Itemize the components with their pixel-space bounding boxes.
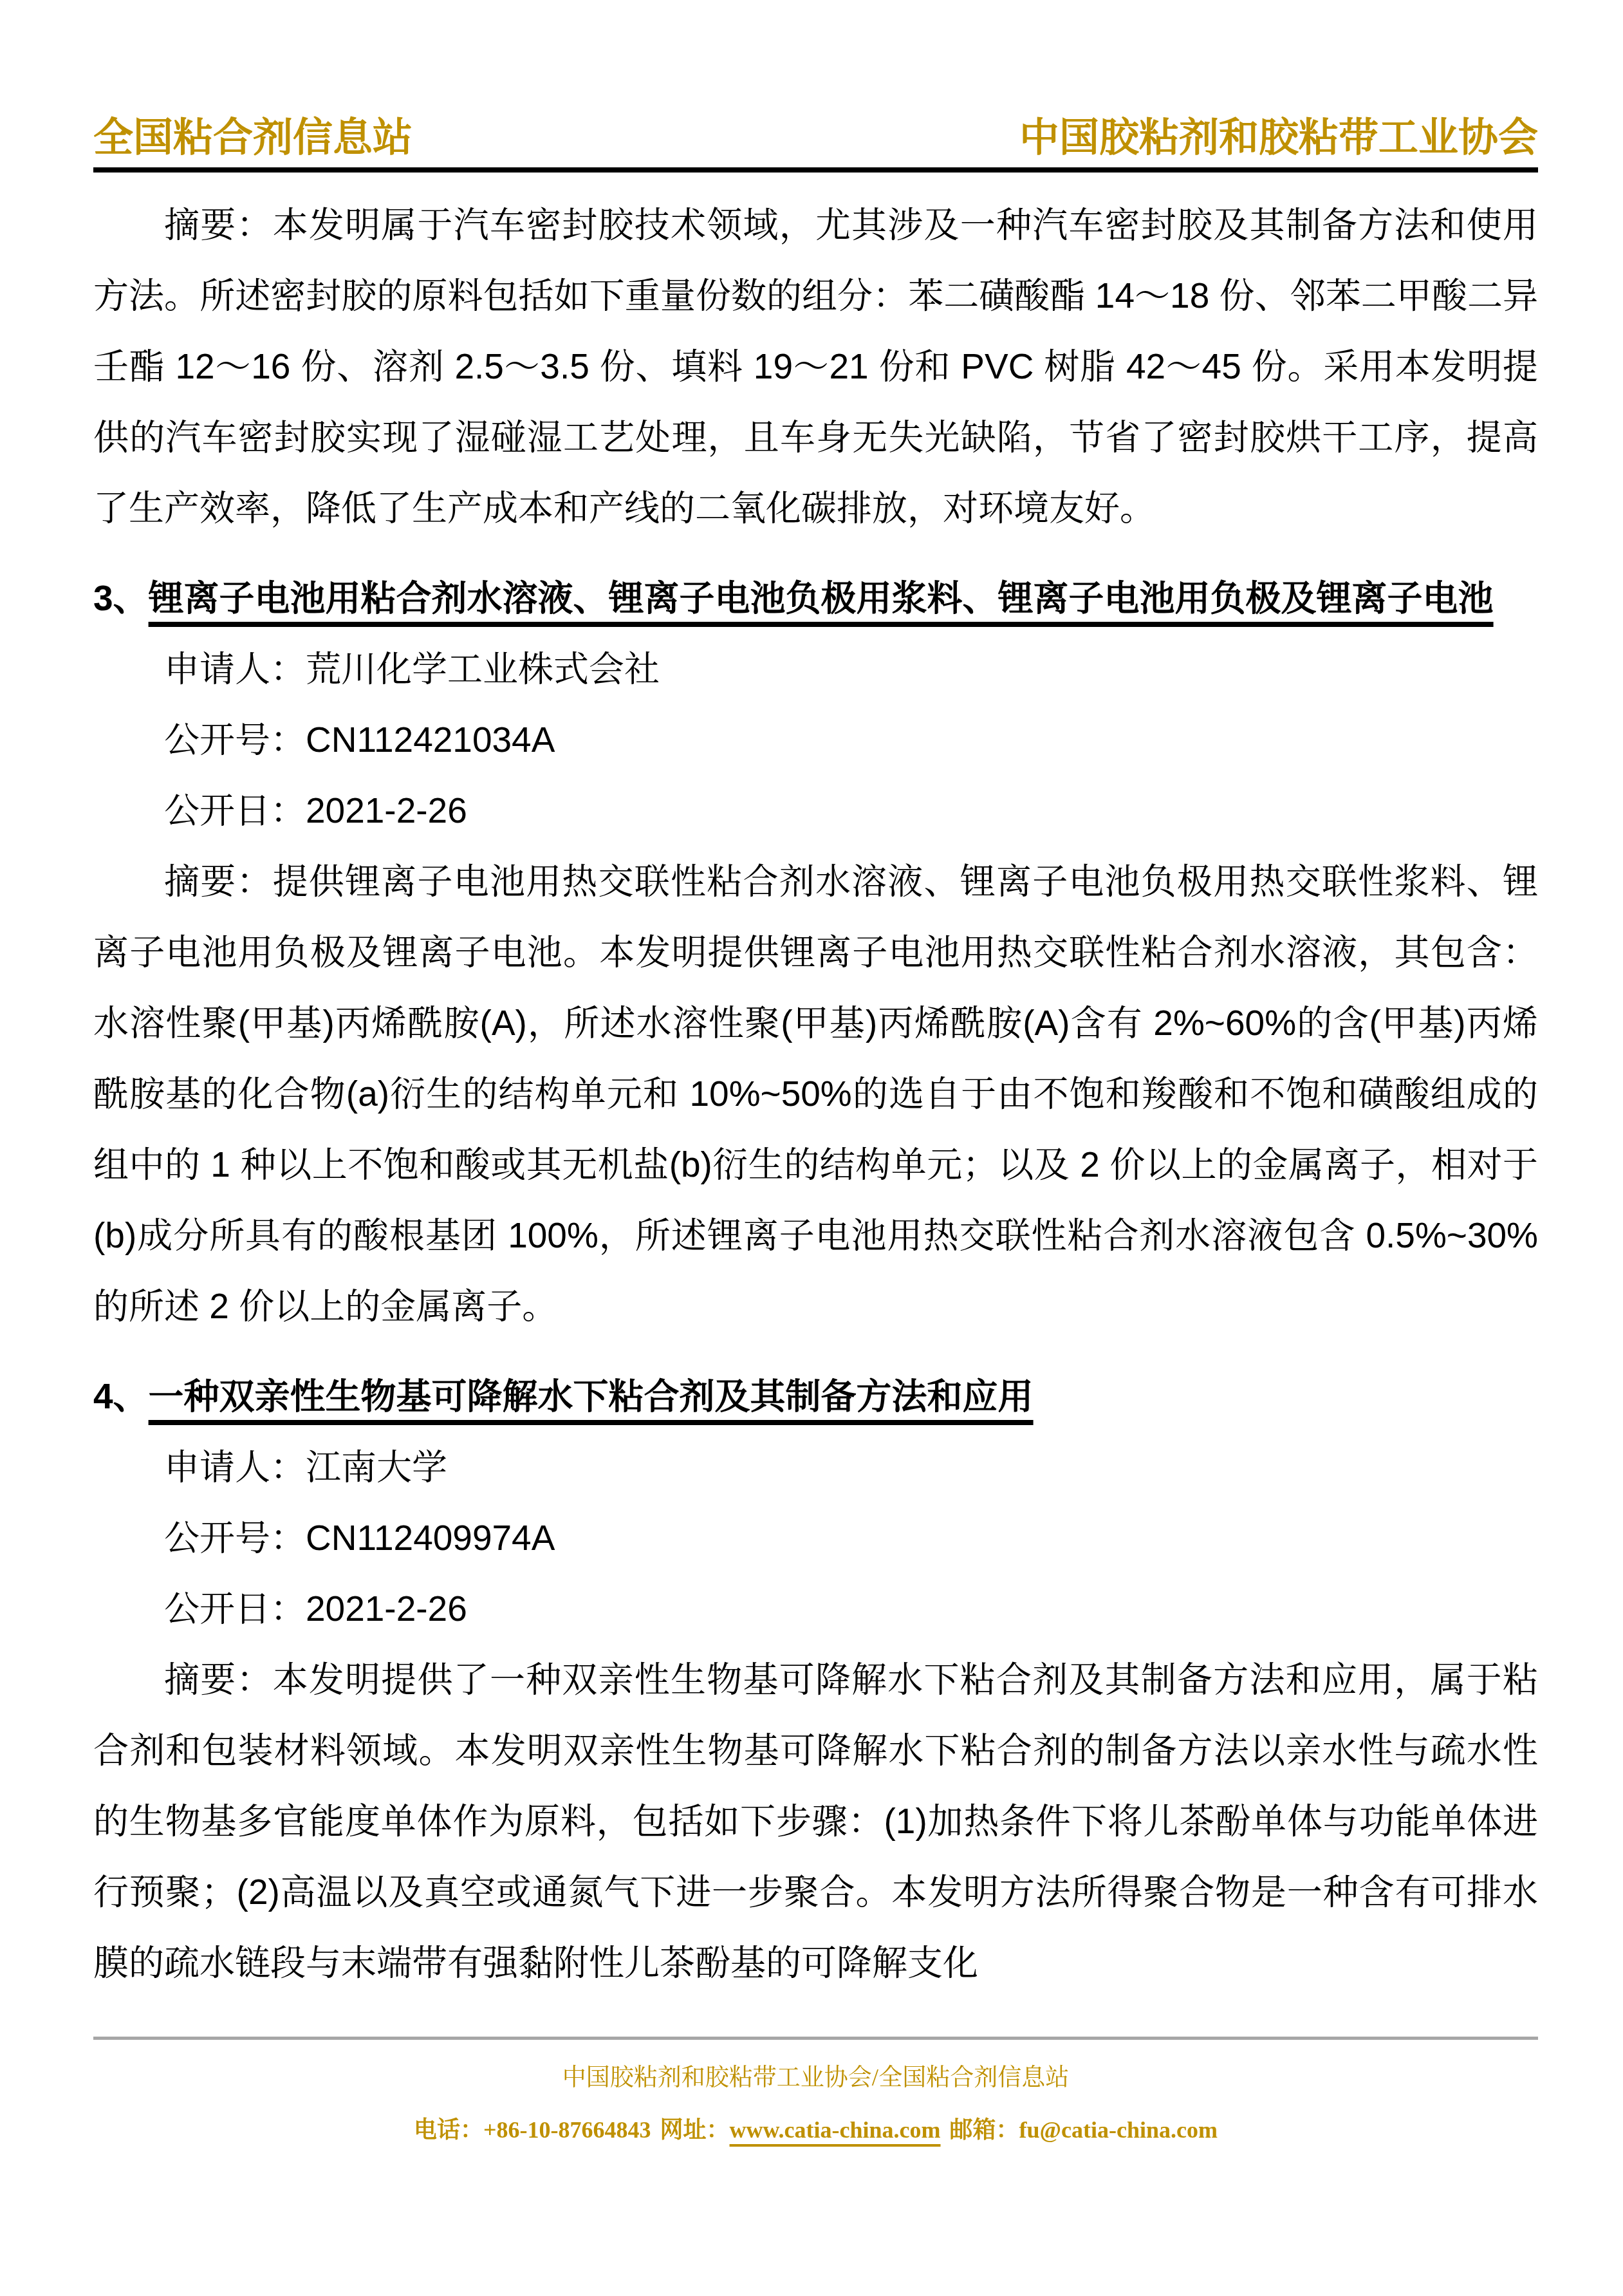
patent-3-abstract: 摘要：提供锂离子电池用热交联性粘合剂水溶液、锂离子电池负极用热交联性浆料、锂离子… [93, 846, 1538, 1341]
footer-divider [93, 2037, 1538, 2040]
patent-3-number: 3、 [93, 578, 149, 618]
document-page: 全国粘合剂信息站 中国胶粘剂和胶粘带工业协会 摘要：本发明属于汽车密封胶技术领域… [0, 0, 1623, 2296]
pubnumber-label: 公开号： [164, 720, 306, 760]
patent-3-pubdate-row: 公开日：2021-2-26 [93, 775, 1538, 846]
patent-4-abstract: 摘要：本发明提供了一种双亲性生物基可降解水下粘合剂及其制备方法和应用，属于粘合剂… [93, 1644, 1538, 1998]
patent-4-number: 4、 [93, 1376, 149, 1416]
patent-item-4: 4、一种双亲性生物基可降解水下粘合剂及其制备方法和应用 申请人：江南大学 公开号… [93, 1361, 1538, 1998]
page-footer: 中国胶粘剂和胶粘带工业协会/全国粘合剂信息站 电话：+86-10-8766484… [93, 2064, 1538, 2144]
phone-label: 电话： [414, 2117, 483, 2143]
applicant-label: 申请人： [164, 1447, 306, 1487]
patent-4-pubnumber-row: 公开号：CN112409974A [93, 1502, 1538, 1573]
patent-3-title: 锂离子电池用粘合剂水溶液、锂离子电池负极用浆料、锂离子电池用负极及锂离子电池 [149, 578, 1494, 618]
pubdate-label: 公开日： [164, 1589, 306, 1629]
header-divider [93, 167, 1538, 173]
phone-number: +86-10-87664843 [483, 2117, 651, 2143]
pubnumber-label: 公开号： [164, 1518, 306, 1558]
email-label: 邮箱： [950, 2117, 1019, 2143]
patent-3-heading: 3、锂离子电池用粘合剂水溶液、锂离子电池负极用浆料、锂离子电池用负极及锂离子电池 [93, 563, 1538, 633]
applicant-value: 江南大学 [306, 1447, 447, 1487]
footer-contact-line: 电话：+86-10-87664843网址：www.catia-china.com… [93, 2116, 1538, 2144]
patent-4-title: 一种双亲性生物基可降解水下粘合剂及其制备方法和应用 [149, 1376, 1034, 1416]
patent-item-3: 3、锂离子电池用粘合剂水溶液、锂离子电池负极用浆料、锂离子电池用负极及锂离子电池… [93, 563, 1538, 1341]
patent-4-pubdate-row: 公开日：2021-2-26 [93, 1573, 1538, 1644]
pubdate-label: 公开日： [164, 790, 306, 830]
applicant-value: 荒川化学工业株式会社 [306, 649, 660, 689]
abstract-paragraph-item-2: 摘要：本发明属于汽车密封胶技术领域，尤其涉及一种汽车密封胶及其制备方法和使用方法… [93, 189, 1538, 543]
footer-org-line: 中国胶粘剂和胶粘带工业协会/全国粘合剂信息站 [93, 2064, 1538, 2093]
pubnumber-value: CN112409974A [306, 1518, 555, 1558]
pubdate-value: 2021-2-26 [306, 1589, 467, 1629]
website-label: 网址： [660, 2117, 730, 2143]
patent-3-pubnumber-row: 公开号：CN112421034A [93, 704, 1538, 775]
website-link[interactable]: www.catia-china.com [730, 2117, 941, 2143]
header-right-title: 中国胶粘剂和胶粘带工业协会 [1019, 117, 1538, 160]
patent-4-applicant-row: 申请人：江南大学 [93, 1432, 1538, 1502]
document-body: 摘要：本发明属于汽车密封胶技术领域，尤其涉及一种汽车密封胶及其制备方法和使用方法… [93, 189, 1538, 1998]
patent-3-applicant-row: 申请人：荒川化学工业株式会社 [93, 633, 1538, 704]
header-left-title: 全国粘合剂信息站 [93, 117, 413, 160]
patent-4-heading: 4、一种双亲性生物基可降解水下粘合剂及其制备方法和应用 [93, 1361, 1538, 1432]
email-address: fu@catia-china.com [1019, 2117, 1218, 2143]
applicant-label: 申请人： [164, 649, 306, 689]
page-header: 全国粘合剂信息站 中国胶粘剂和胶粘带工业协会 [93, 117, 1538, 160]
pubnumber-value: CN112421034A [306, 720, 555, 760]
pubdate-value: 2021-2-26 [306, 790, 467, 830]
